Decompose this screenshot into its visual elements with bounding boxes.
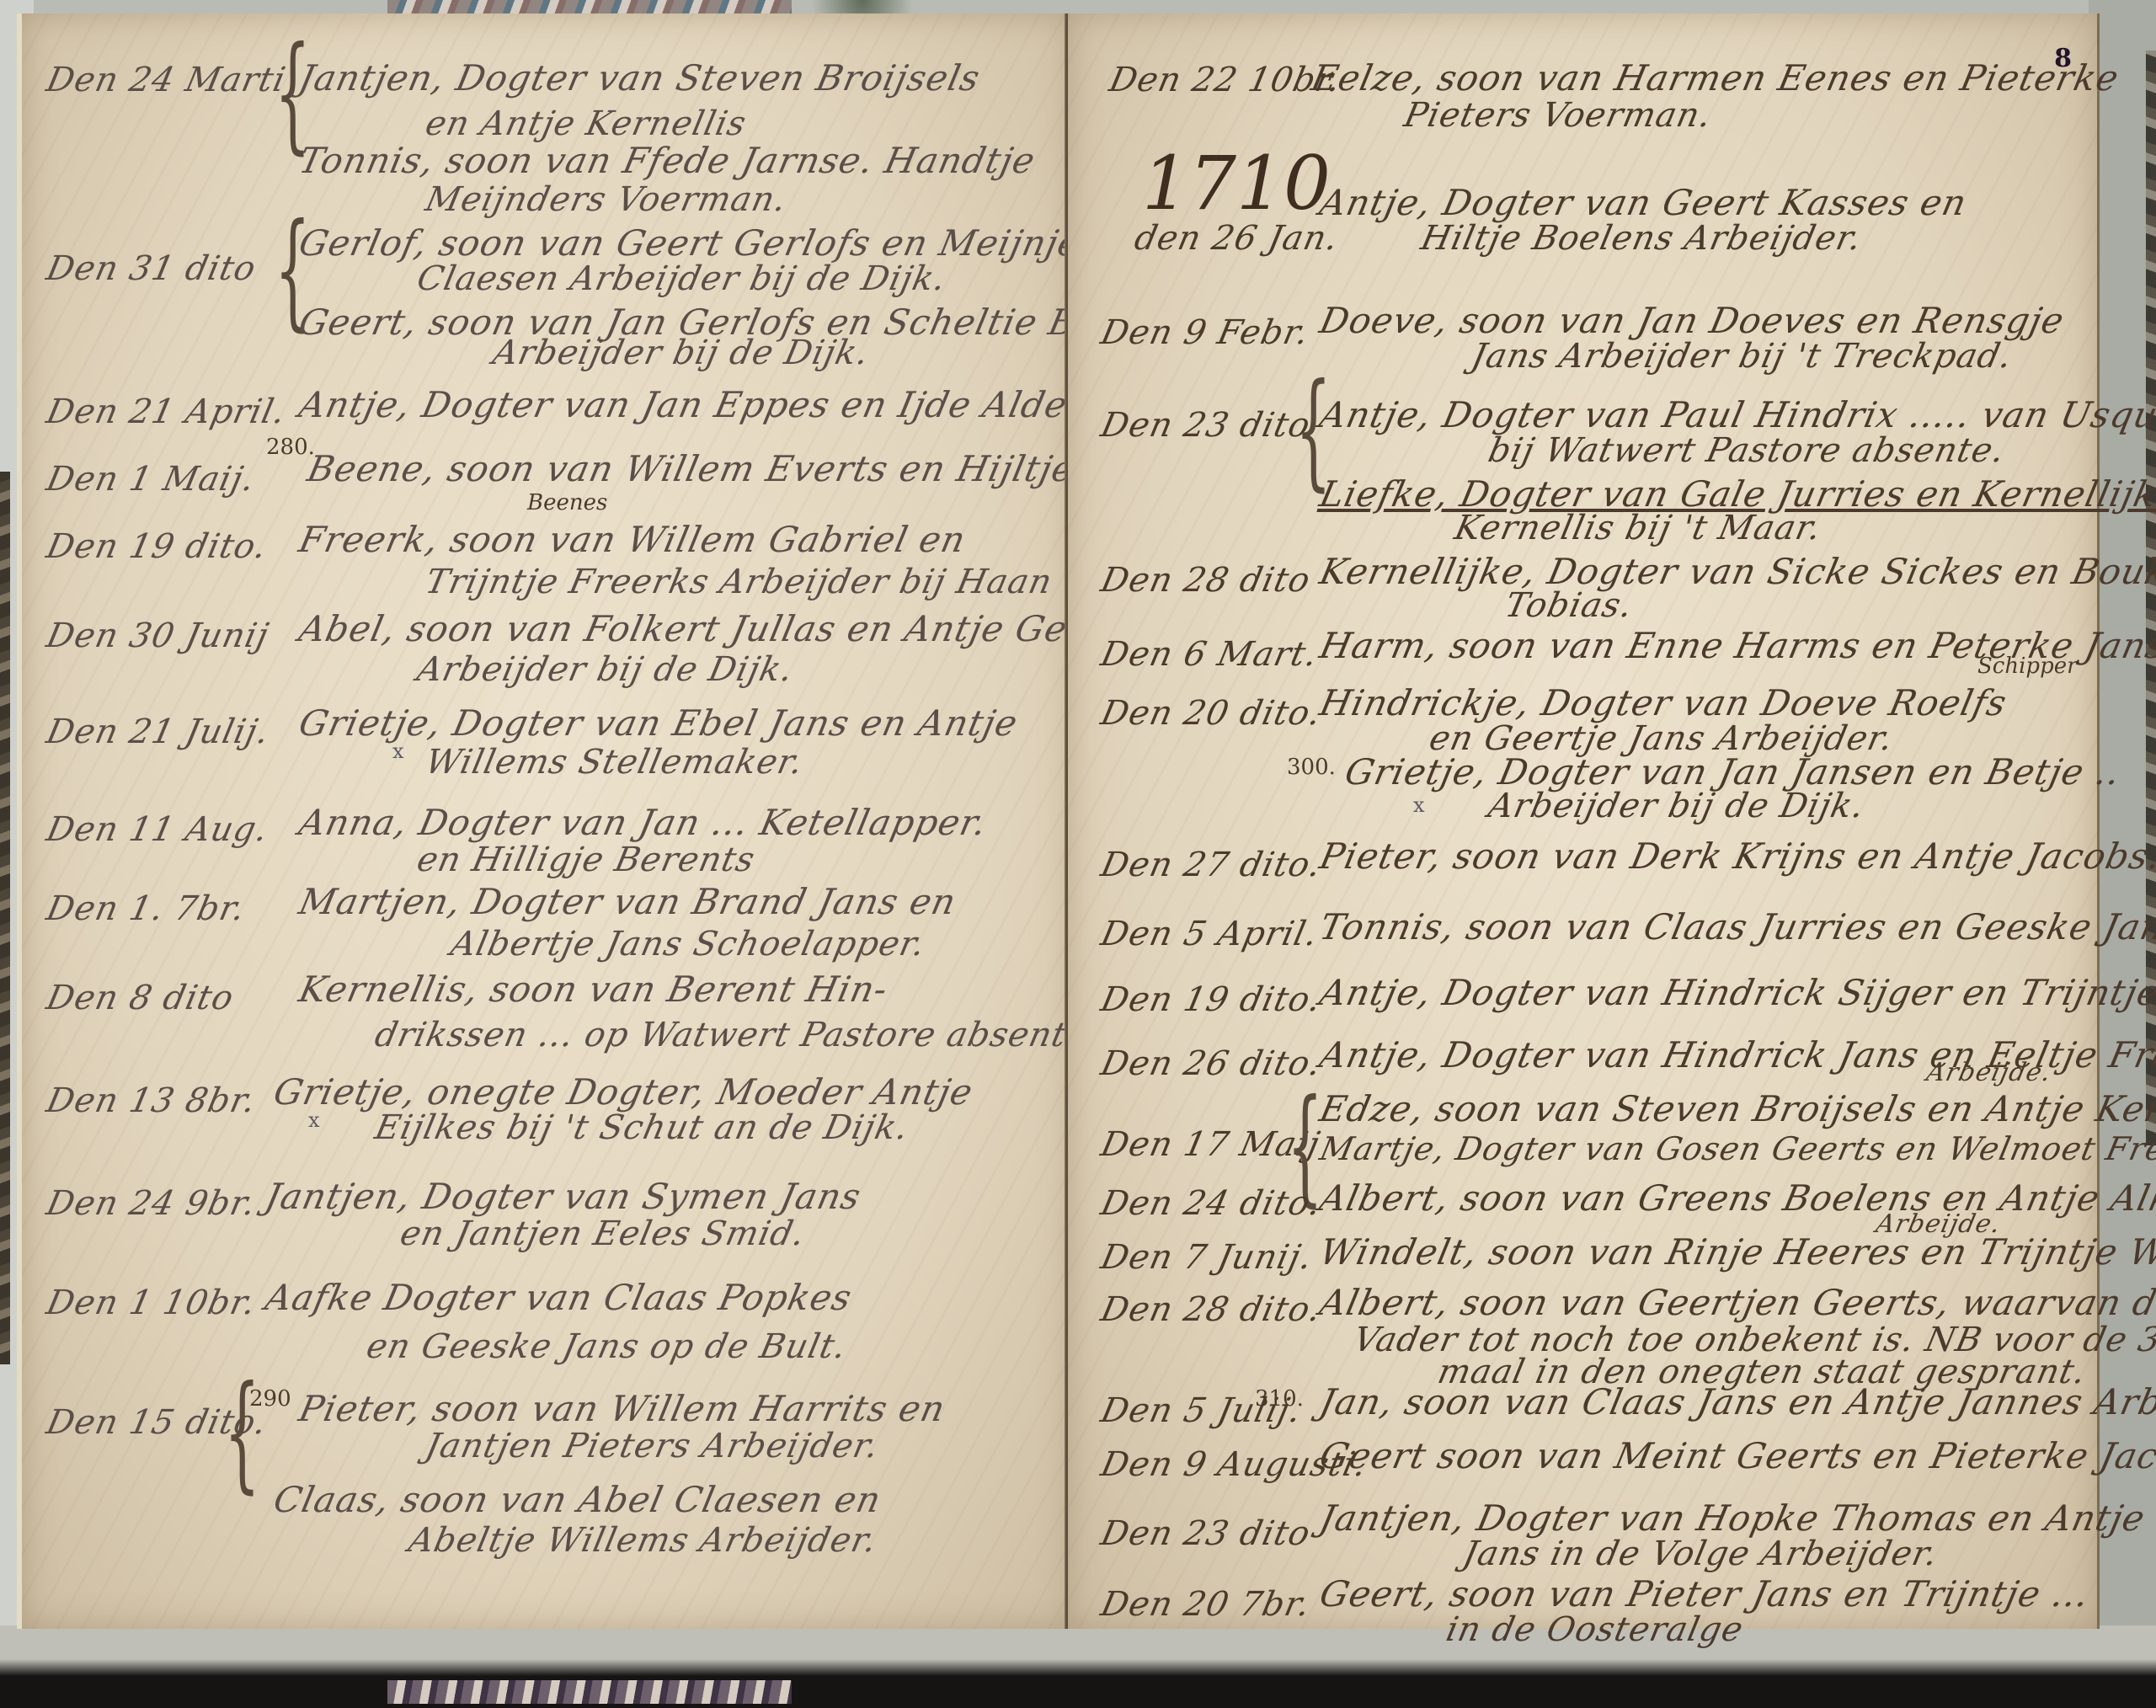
entry-line: bij Watwert Pastore absente. [1485, 431, 2009, 470]
entry-line: Hindrickje, Dogter van Doeve Roelfs [1316, 682, 2011, 723]
entry-line: Willems Stellemaker. [422, 743, 807, 782]
entry-date: Den 24 Marti [43, 61, 289, 99]
entry-line: Anna, Dogter van Jan ... Ketellapper. [296, 802, 991, 843]
cross-mark: x [1413, 793, 1425, 817]
entry-date: Den 21 Julij. [43, 713, 273, 751]
entry-line: Arbeijder bij de Dijk. [1485, 787, 1868, 825]
entry-line: Aafke Dogter van Claas Popkes [262, 1277, 856, 1318]
entry-line: Geert soon van Meint Geerts en Pieterke … [1316, 1435, 2156, 1476]
entry-line: Albertje Jans Schoelapper. [447, 925, 929, 963]
entry-line: Claas, soon van Abel Claesen en [270, 1479, 885, 1520]
entry-date: Den 6 Mart. [1097, 635, 1321, 674]
entry-date: Den 19 dito. [43, 527, 270, 566]
interlinear-note: Beenes [527, 490, 607, 515]
entry-date: Den 31 dito [43, 249, 259, 288]
register-number: 300. [1287, 755, 1336, 780]
book-bottom-edge [0, 1625, 2156, 1708]
entry-line: in de Oosteralge [1443, 1610, 1747, 1649]
entry-line: Eelze, soon van Harmen Eenes en Pieterke [1308, 57, 2123, 99]
marbled-endpaper-left [0, 472, 10, 1364]
entry-line: Antje, Dogter van Paul Hindrix ..... van… [1316, 394, 2156, 435]
entry-line: Jantjen, Dogter van Hopke Thomas en Antj… [1316, 1497, 2149, 1539]
entry-line: Grietje, onegte Dogter, Moeder Antje [270, 1071, 977, 1113]
entry-date: Den 1 Maij. [43, 460, 259, 499]
entry-line: en Jantjen Eeles Smid. [397, 1214, 808, 1253]
entry-line: Trijntje Freerks Arbeijder bij Haan Til. [422, 563, 1125, 601]
entry-line: en Geeske Jans op de Bult. [363, 1327, 850, 1366]
entry-line: Pieter, soon van Derk Krijns en Antje Ja… [1316, 835, 2156, 877]
entry-date: Den 1. 7br. [43, 889, 248, 928]
margin-note: Schipper [1977, 654, 2078, 679]
register-number: 280. [266, 435, 315, 460]
entry-line: Antje, Dogter van Hindrick Sijger en Tri… [1316, 972, 2156, 1013]
register-number: 310. [1255, 1386, 1304, 1412]
entry-line: Albert, soon van Geertjen Geerts, waarva… [1316, 1282, 2156, 1323]
entry-line: Kernellis, soon van Berent Hin- [296, 969, 892, 1010]
entry-line: Jans Arbeijder bij 't Treckpad. [1468, 337, 2015, 376]
entry-line: Albert, soon van Greens Boelens en Antje… [1316, 1177, 2156, 1219]
entry-line: Doeve, soon van Jan Doeves en Rensgje [1316, 300, 2068, 341]
entry-line: Antje, Dogter van Geert Kasses en [1316, 182, 1971, 223]
entry-line: Tonnis, soon van Claas Jurries en Geeske… [1316, 906, 2156, 947]
entry-date: Den 13 8br. [43, 1081, 259, 1120]
entry-date: Den 11 Aug. [43, 810, 272, 849]
entry-date: Den 28 dito. [1097, 1290, 1325, 1329]
entry-date: Den 19 dito. [1097, 980, 1325, 1019]
entry-line: Jans in de Volge Arbeijder. [1460, 1535, 1941, 1573]
entry-date: Den 21 April. [43, 392, 290, 431]
entry-date: Den 5 April. [1097, 915, 1321, 953]
entry-line: Antje, Dogter van Jan Eppes en Ijde Alde… [296, 384, 1102, 425]
marbled-endpaper-bottom [387, 1680, 792, 1704]
entry-line: Abel, soon van Folkert Jullas en Antje G… [296, 608, 1152, 649]
year-heading: 1710 [1142, 140, 1331, 227]
entry-line: drikssen ... op Watwert Pastore absente. [371, 1016, 1102, 1054]
entry-line: Freerk, soon van Willem Gabriel en [296, 519, 970, 560]
entry-line: Tonnis, soon van Ffede Jarnse. Handtje [296, 140, 1039, 181]
entry-date: Den 20 dito. [1097, 694, 1325, 733]
entry-line: Kernellijke, Dogter van Sicke Sickes en … [1316, 551, 2156, 592]
entry-line: Hiltje Boelens Arbeijder. [1417, 219, 1865, 258]
entry-line: Grietje, Dogter van Ebel Jans en Antje [296, 702, 1022, 744]
entry-date: Den 7 Junij. [1097, 1238, 1316, 1277]
entry-line: Jantjen, Dogter van Steven Broijsels [296, 57, 985, 99]
entry-line: Martjen, Dogter van Brand Jans en [296, 881, 960, 922]
entry-line: Claesen Arbeijder bij de Dijk. [414, 259, 950, 298]
entry-line: Geert, soon van Pieter Jans en Trijntje … [1316, 1573, 2094, 1615]
entry-date: Den 30 Junij [43, 616, 272, 655]
entry-date: Den 24 9br. [43, 1184, 259, 1223]
entry-line: Pieters Voerman. [1401, 96, 1716, 135]
register-number: 290 [249, 1386, 291, 1412]
entry-line: Gerlof, soon van Geert Gerlofs en Meijnj… [296, 222, 1085, 264]
entry-line: Arbeijde. [1924, 1058, 2054, 1087]
entry-date: Den 20 7br. [1097, 1585, 1314, 1624]
right-page: 8 Den 22 10br. Eelze, soon van Harmen Ee… [1068, 13, 2100, 1629]
entry-date: Den 23 dito [1097, 406, 1314, 445]
entry-line: Arbeijder bij de Dijk. [414, 650, 797, 689]
entry-date: Den 9 Febr. [1097, 313, 1312, 352]
entry-date: Den 23 dito [1097, 1514, 1314, 1553]
entry-line: Eijlkes bij 't Schut an de Dijk. [371, 1108, 912, 1147]
entry-line: Edze, soon van Steven Broijsels en Antje… [1316, 1088, 2156, 1129]
entry-date: Den 1 10br. [43, 1284, 259, 1322]
entry-date: Den 27 dito. [1097, 846, 1325, 884]
entry-date: Den 24 dito. [1097, 1184, 1325, 1223]
entry-line: Beene, soon van Willem Everts en Hijltje… [304, 448, 1102, 489]
left-page: Den 24 Marti { Jantjen, Dogter van Steve… [17, 13, 1073, 1629]
entry-date: den 26 Jan. [1131, 219, 1342, 258]
entry-date: Den 28 dito [1097, 561, 1314, 600]
entry-line: Windelt, soon van Rinje Heeres en Trijnt… [1316, 1231, 2156, 1273]
entry-line: Tobias. [1502, 586, 1636, 625]
entry-line: Martje, Dogter van Gosen Geerts en Welmo… [1316, 1130, 2156, 1167]
entry-line: Meijnders Voerman. [422, 180, 790, 219]
entry-date: Den 8 dito [43, 979, 237, 1017]
entry-line: Jan, soon van Claas Jans en Antje Jannes… [1316, 1381, 2156, 1422]
entry-line: Jantjen Pieters Arbeijder. [422, 1427, 883, 1465]
entry-line: Pieter, soon van Willem Harrits en [296, 1388, 949, 1429]
entry-line: Jantjen, Dogter van Symen Jans [262, 1176, 865, 1217]
entry-line: Kernellis bij 't Maar. [1451, 509, 1825, 547]
entry-line: Arbeijder bij de Dijk. [489, 334, 873, 372]
entry-line: Abeltje Willems Arbeijder. [405, 1521, 880, 1560]
entry-line: en Antje Kernellis [422, 104, 750, 143]
entry-line: en Hilligje Berents [414, 841, 759, 879]
